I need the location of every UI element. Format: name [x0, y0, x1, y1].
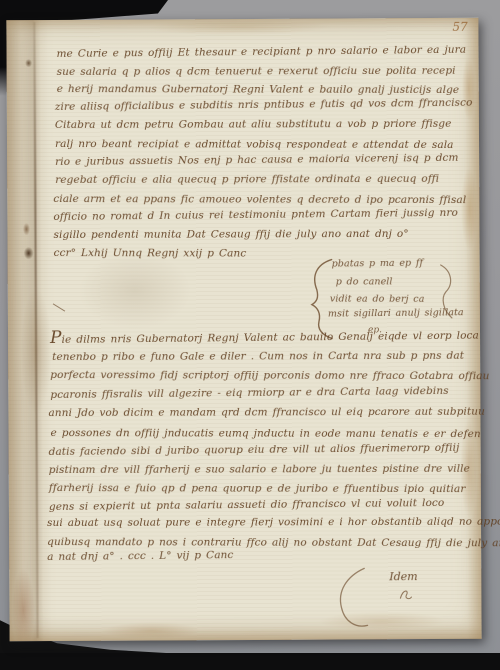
manuscript-line: gens si expierit ut pnta salariu assueti… — [49, 497, 445, 513]
manuscript-line: quibusq mandato p nos i contrariu ffco a… — [47, 536, 500, 549]
signature-label: Idem — [389, 570, 417, 583]
manuscript-line: porfecta voressimo fidj scriptorj offiij… — [50, 369, 489, 382]
manuscript-line: pistinam dre vill ffarherij e suo salari… — [49, 463, 470, 476]
manuscript-line: ffarherij issa e fuio qp d pena quorup e… — [49, 482, 466, 495]
manuscript-page: 57 me Curie e pus offiij Et thesaur e re… — [6, 18, 481, 641]
manuscript-line: Pie dilms nris Gubernatorj Regnj Valent … — [50, 328, 479, 346]
signature-flourish-stroke — [397, 586, 413, 602]
manuscript-line: tenenbo p ribo e funo Gale e diler . Cum… — [52, 350, 464, 363]
photo-backdrop: 57 me Curie e pus offiij Et thesaur e re… — [0, 0, 500, 670]
signature-paren-stroke — [334, 564, 372, 632]
paragraph-2: Pie dilms nris Gubernatorj Regnj Valent … — [6, 18, 481, 641]
manuscript-line: sui abuat usq soluat pure e integre fier… — [47, 516, 500, 529]
manuscript-line: e possones dn offiij jnducatis eumq jndu… — [51, 427, 481, 440]
binding-edge-bottom — [0, 653, 500, 670]
manuscript-line: datis faciendo sibi d juribo quorup eiu … — [49, 442, 460, 458]
manuscript-line: pcaronis ffisralis vill algezire - eiq r… — [50, 385, 448, 401]
manuscript-line: a nat dnj a° . ccc . L° vij p Canc — [47, 549, 233, 563]
manuscript-line: anni Jdo vob dicim e mandam qrd dcm ffra… — [48, 406, 485, 419]
